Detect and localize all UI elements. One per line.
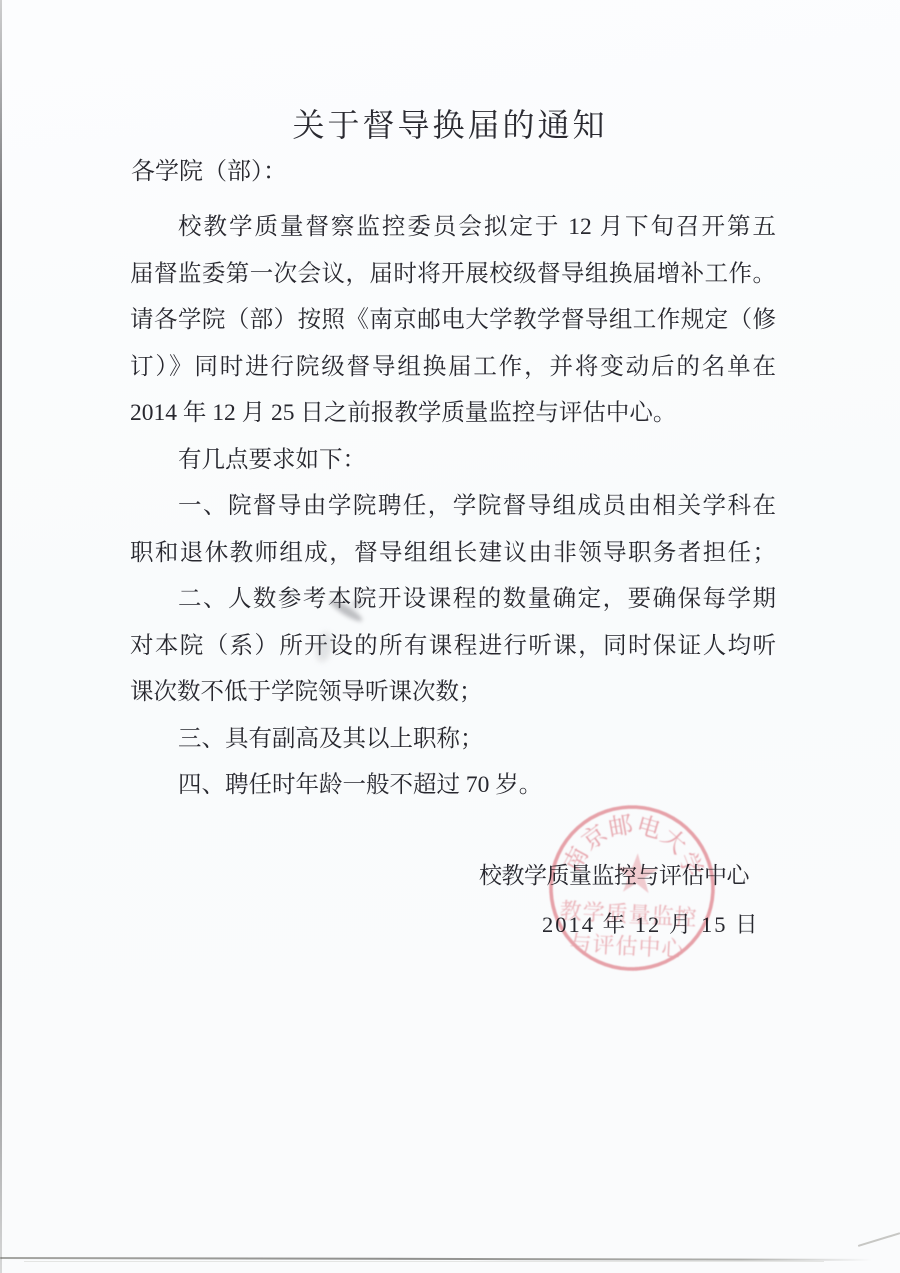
body-line: 一、院督导由学院聘任，学院督导组成员由相关学科在 [130, 483, 776, 530]
body-line: 请各学院（部）按照《南京邮电大学教学督导组工作规定（修 [130, 297, 776, 344]
body-line: 二、人数参考本院开设课程的数量确定，要确保每学期 [130, 576, 776, 623]
body-line: 课次数不低于学院领导听课次数； [130, 669, 776, 716]
body-line: 职和退休教师组成，督导组组长建议由非领导职务者担任； [130, 530, 776, 577]
body-line: 四、聘任时年龄一般不超过 70 岁。 [130, 762, 776, 809]
notice-title: 关于督导换届的通知 [0, 100, 900, 146]
pencil-smudge-dot [352, 600, 362, 608]
body-line: 三、具有副高及其以上职称； [130, 716, 776, 763]
body-line: 2014 年 12 月 25 日之前报教学质量监控与评估中心。 [130, 390, 776, 437]
scan-edge-bottom-faint [24, 1261, 824, 1262]
body-line: 对本院（系）所开设的所有课程进行听课，同时保证人均听 [130, 623, 776, 670]
scanned-notice-page: 关于督导换届的通知 各学院（部）： 校教学质量督察监控委员会拟定于 12 月下旬… [0, 0, 900, 1273]
body-line: 订）》同时进行院级督导组换届工作，并将变动后的名单在 [130, 344, 776, 391]
signature-org: 校教学质量监控与评估中心 [479, 861, 749, 891]
body-line: 届督监委第一次会议，届时将开展校级督导组换届增补工作。 [130, 251, 776, 298]
notice-body: 校教学质量督察监控委员会拟定于 12 月下旬召开第五届督监委第一次会议，届时将开… [130, 204, 776, 809]
signature-date: 2014 年 12 月 15 日 [542, 910, 760, 940]
scan-corner-curl [858, 1232, 900, 1247]
body-line: 校教学质量督察监控委员会拟定于 12 月下旬召开第五 [130, 204, 776, 251]
salutation: 各学院（部）： [131, 155, 287, 189]
scan-edge-left [0, 0, 2, 1273]
body-line: 有几点要求如下： [130, 437, 776, 484]
